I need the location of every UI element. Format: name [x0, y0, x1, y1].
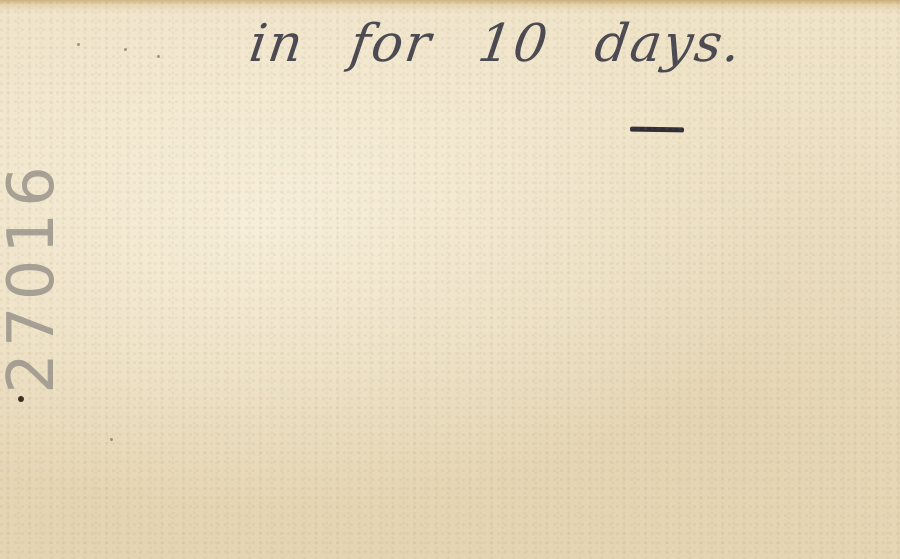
- dash-mark: [630, 127, 684, 133]
- ink-dot: [18, 396, 24, 402]
- handwritten-note: in for 10 days.: [246, 14, 747, 74]
- paper-speck: [157, 55, 160, 58]
- pencil-catalog-number: 27016: [0, 147, 69, 407]
- paper-speck: [110, 438, 113, 441]
- paper-speck: [77, 43, 80, 46]
- archival-card: in for 10 days. 27016: [0, 0, 900, 559]
- paper-speck: [124, 48, 127, 51]
